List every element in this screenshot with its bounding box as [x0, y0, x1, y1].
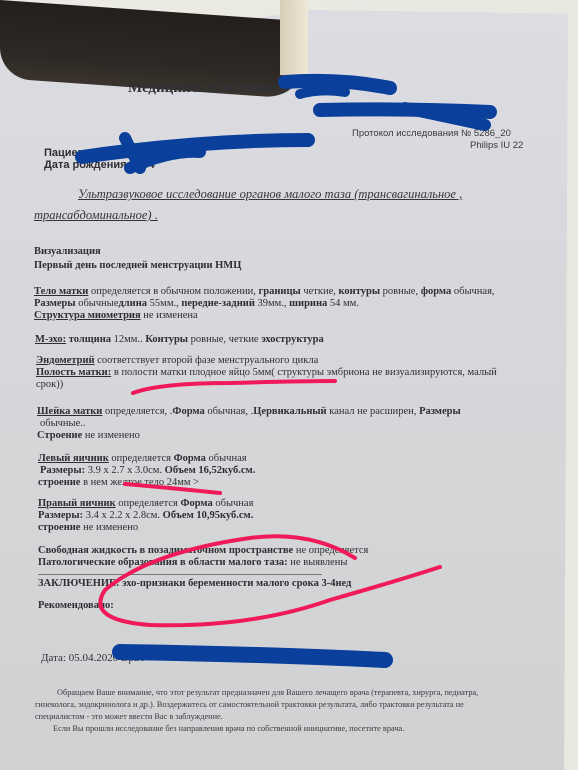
annotations-layer: [0, 0, 578, 770]
marker-underline-cavity: [133, 381, 335, 393]
redaction-doctor: [120, 652, 385, 660]
marker-underline-corpus-luteum: [125, 484, 220, 493]
marker-circle-conclusion: [100, 536, 440, 625]
redaction-clinic-name-2: [300, 90, 345, 94]
